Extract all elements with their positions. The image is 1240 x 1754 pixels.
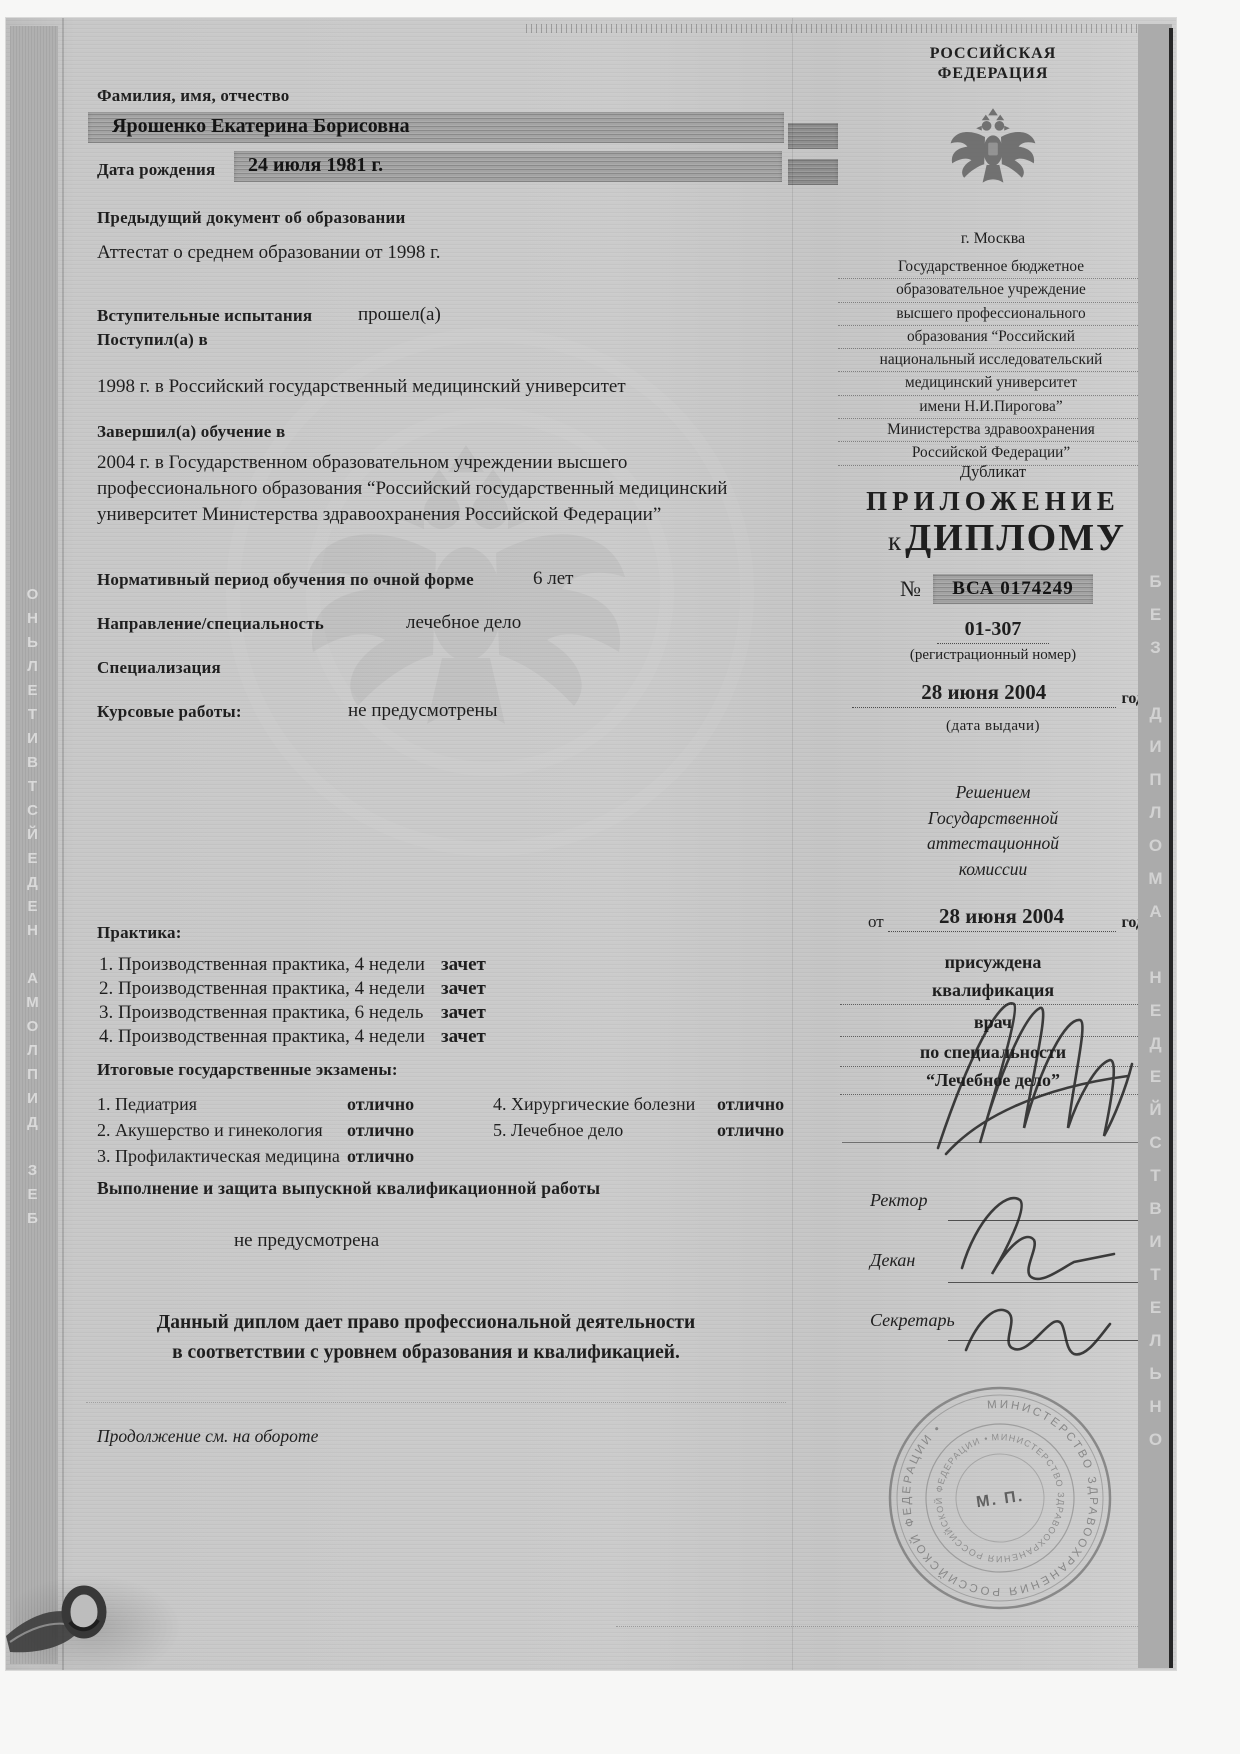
name-value: Ярошенко Екатерина Борисовна xyxy=(88,112,784,138)
registration-number-caption: (регистрационный номер) xyxy=(828,647,1158,664)
title-prefix: к xyxy=(888,526,901,556)
issue-date-row: 28 июня 2004 года xyxy=(852,680,1152,708)
name-label: Фамилия, имя, отчество xyxy=(97,86,289,106)
page-edge-line xyxy=(1169,28,1173,1668)
practice-name: 4. Производственная практика, 4 недели xyxy=(99,1026,425,1047)
decision-line: комиссии xyxy=(828,857,1158,883)
previous-document-value: Аттестат о среднем образовании от 1998 г… xyxy=(97,242,441,264)
practice-name: 3. Производственная практика, 6 недель xyxy=(99,1002,423,1023)
coursework-label: Курсовые работы: xyxy=(97,702,242,722)
fold-line-left xyxy=(62,18,64,1670)
bottom-rule-line xyxy=(616,1626,1156,1627)
exam-grade: отлично xyxy=(717,1094,784,1115)
study-period-value: 6 лет xyxy=(533,568,573,590)
exam-grade: отлично xyxy=(717,1120,784,1141)
practice-row: 2. Производственная практика, 4 недели з… xyxy=(99,978,699,1002)
rights-line-2: в соответствии с уровнем образования и к… xyxy=(106,1338,746,1368)
exam-grade: отлично xyxy=(347,1120,414,1141)
birth-date-label: Дата рождения xyxy=(97,160,215,180)
specialty-value: лечебное дело xyxy=(406,612,521,634)
practice-list: 1. Производственная практика, 4 недели з… xyxy=(99,954,699,1050)
issue-date-caption: (дата выдачи) xyxy=(828,718,1158,735)
commission-decision-block: Решением Государственной аттестационной … xyxy=(828,780,1158,882)
institution-line: имени Н.И.Пирогова” xyxy=(838,396,1144,419)
fold-line-center xyxy=(792,18,793,1670)
diploma-supplement-scan: ОНЬЛЕТИВТСЙЕДЕН АМОЛПИД ЗЕБ Фамилия, имя… xyxy=(6,18,1176,1670)
decision-line: Решением xyxy=(828,780,1158,806)
exam-row: 2. Акушерство и гинекология отлично 5. Л… xyxy=(97,1120,797,1146)
exam-name: 4. Хирургические болезни xyxy=(493,1094,695,1115)
practice-name: 1. Производственная практика, 4 недели xyxy=(99,954,425,975)
practice-row: 4. Производственная практика, 4 недели з… xyxy=(99,1026,699,1050)
continuation-note: Продолжение см. на обороте xyxy=(97,1426,318,1447)
supplement-title-line1: ПРИЛОЖЕНИЕ xyxy=(828,486,1158,517)
thesis-value: не предусмотрена xyxy=(234,1230,379,1252)
registration-number: 01-307 xyxy=(937,618,1050,644)
practice-label: Практика: xyxy=(97,923,182,943)
practice-grade: зачет xyxy=(441,954,486,976)
institution-line: медицинский университет xyxy=(838,372,1144,395)
enrolled-value: 1998 г. в Российский государственный мед… xyxy=(97,376,626,398)
country-heading: РОССИЙСКАЯ ФЕДЕРАЦИЯ xyxy=(828,44,1158,84)
issue-date: 28 июня 2004 xyxy=(852,680,1116,708)
separator-line xyxy=(86,1402,786,1403)
institution-line: образовательное учреждение xyxy=(838,279,1144,302)
specialty-label: Направление/специальность xyxy=(97,614,324,634)
number-sign: № xyxy=(900,576,921,602)
exam-name: 2. Акушерство и гинекология xyxy=(97,1120,323,1140)
practice-row: 1. Производственная практика, 4 недели з… xyxy=(99,954,699,978)
practice-row: 3. Производственная практика, 6 недель з… xyxy=(99,1002,699,1026)
coat-of-arms-eagle-icon xyxy=(945,98,1041,208)
number-band: ВСА 0174249 xyxy=(933,574,1093,604)
exam-name: 3. Профилактическая медицина xyxy=(97,1146,340,1166)
title-word: ДИПЛОМУ xyxy=(905,517,1126,559)
decision-line: Государственной xyxy=(828,806,1158,832)
decision-date-row: от 28 июня 2004 года xyxy=(868,904,1152,932)
institution-line: образования “Российский xyxy=(838,326,1144,349)
number-row: № ВСА 0174249 xyxy=(900,574,1093,604)
state-exams-table: 1. Педиатрия отлично 4. Хирургические бо… xyxy=(97,1094,797,1172)
exam-grade: отлично xyxy=(347,1094,414,1115)
supplement-title-line2: к ДИПЛОМУ xyxy=(828,516,1172,560)
name-band: Ярошенко Екатерина Борисовна xyxy=(88,112,784,143)
duplicate-label: Дубликат xyxy=(828,462,1158,482)
birth-date-value: 24 июля 1981 г. xyxy=(234,151,782,177)
institution-line: Министерства здравоохранения xyxy=(838,419,1144,442)
practice-grade: зачет xyxy=(441,978,486,1000)
practice-grade: зачет xyxy=(441,1026,486,1048)
exam-row: 3. Профилактическая медицина отлично xyxy=(97,1146,797,1172)
study-period-label: Нормативный период обучения по очной фор… xyxy=(97,570,474,590)
birth-date-band: 24 июля 1981 г. xyxy=(234,151,782,182)
country-line-2: ФЕДЕРАЦИЯ xyxy=(828,64,1158,84)
stamp-center-text: М. П. xyxy=(975,1488,1025,1512)
rights-line-1: Данный диплом дает право профессионально… xyxy=(106,1308,746,1338)
city: г. Москва xyxy=(828,230,1158,248)
institution-line: национальный исследовательский xyxy=(838,349,1144,372)
handwritten-signatures xyxy=(828,968,1158,1378)
from-label: от xyxy=(868,912,888,932)
institution-line: Государственное бюджетное xyxy=(838,256,1144,279)
coursework-value: не предусмотрены xyxy=(348,700,497,722)
exam-name: 1. Педиатрия xyxy=(97,1094,197,1114)
practice-grade: зачет xyxy=(441,1002,486,1024)
number-value: ВСА 0174249 xyxy=(952,578,1073,599)
country-line-1: РОССИЙСКАЯ xyxy=(828,44,1158,64)
exam-name: 5. Лечебное дело xyxy=(493,1120,623,1141)
security-text-right: БЕЗ ДИПЛОМА НЕДЕЙСТВИТЕЛЬНО xyxy=(1145,572,1165,1463)
institution-line: высшего профессионального xyxy=(838,303,1144,326)
registration-number-block: 01-307 (регистрационный номер) xyxy=(828,618,1158,664)
finished-value: 2004 г. в Государственном образовательно… xyxy=(97,450,762,528)
state-exams-label: Итоговые государственные экзамены: xyxy=(97,1060,398,1080)
exam-row: 1. Педиатрия отлично 4. Хирургические бо… xyxy=(97,1094,797,1120)
rights-statement: Данный диплом дает право профессионально… xyxy=(106,1308,746,1368)
finished-label: Завершил(а) обучение в xyxy=(97,422,285,442)
institution-block: Государственное бюджетное образовательно… xyxy=(828,256,1158,466)
thesis-label: Выполнение и защита выпускной квалификац… xyxy=(97,1178,600,1199)
enrolled-label: Поступил(а) в xyxy=(97,330,208,350)
exam-grade: отлично xyxy=(347,1146,414,1167)
previous-document-label: Предыдущий документ об образовании xyxy=(97,208,406,228)
security-text-left: ОНЬЛЕТИВТСЙЕДЕН АМОЛПИД ЗЕБ xyxy=(24,586,41,1234)
grommet-and-lace xyxy=(6,1570,136,1670)
security-strip-right: БЕЗ ДИПЛОМА НЕДЕЙСТВИТЕЛЬНО xyxy=(1138,24,1172,1668)
decision-line: аттестационной xyxy=(828,831,1158,857)
entrance-exams-value: прошел(а) xyxy=(358,304,441,326)
entrance-exams-label: Вступительные испытания xyxy=(97,306,312,326)
practice-name: 2. Производственная практика, 4 недели xyxy=(99,978,425,999)
security-strip-left: ОНЬЛЕТИВТСЙЕДЕН АМОЛПИД ЗЕБ xyxy=(10,26,58,1664)
specialization-label: Специализация xyxy=(97,658,221,678)
official-round-stamp: МИНИСТЕРСТВО ЗДРАВООХРАНЕНИЯ РОССИЙСКОЙ … xyxy=(883,1381,1117,1615)
decision-date: 28 июня 2004 xyxy=(888,904,1116,932)
